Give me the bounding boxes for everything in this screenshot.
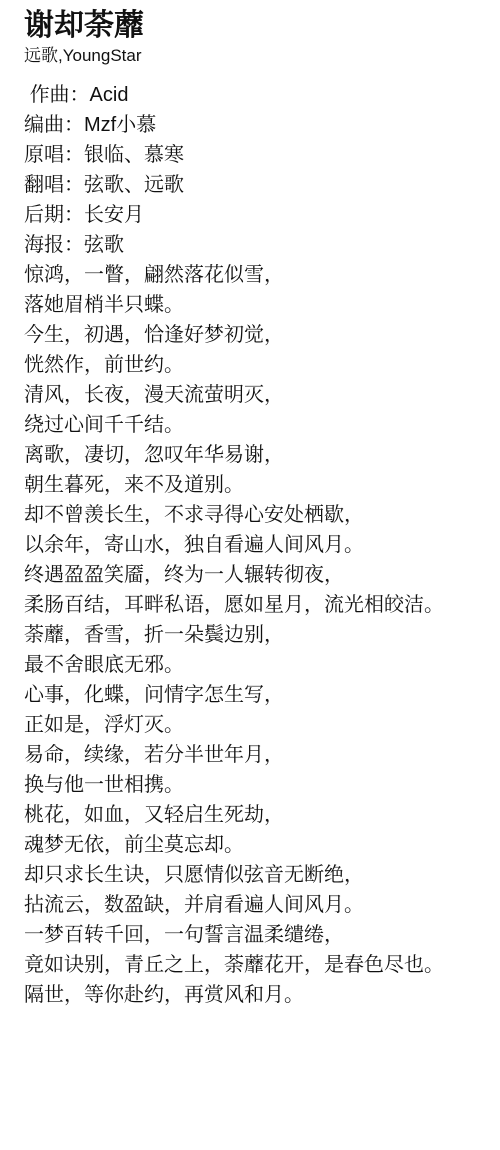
- lyric-line: 今生，初遇，恰逢好梦初觉，: [24, 320, 484, 350]
- lyric-line: 易命，续缘，若分半世年月，: [24, 740, 484, 770]
- lyric-line: 落她眉梢半只蝶。: [24, 290, 484, 320]
- song-artist: 远歌,YoungStar: [24, 45, 484, 67]
- lyric-line: 正如是，浮灯灭。: [24, 710, 484, 740]
- credit-line-composer: 作曲：Acid: [24, 80, 484, 110]
- credit-line-poster: 海报：弦歌: [24, 230, 484, 260]
- lyric-line: 一梦百转千回，一句誓言温柔缱绻，: [24, 920, 484, 950]
- lyric-line: 离歌，凄切，忽叹年华易谢，: [24, 440, 484, 470]
- lyric-line: 隔世，等你赴约，再赏风和月。: [24, 980, 484, 1010]
- credit-line-mixing: 后期：长安月: [24, 200, 484, 230]
- lyric-line: 桃花，如血，又轻启生死劫，: [24, 800, 484, 830]
- lyric-line: 却不曾羡长生，不求寻得心安处栖歇，: [24, 500, 484, 530]
- lyric-line: 恍然作，前世约。: [24, 350, 484, 380]
- lyrics-page: 谢却荼蘼 远歌,YoungStar 作曲：Acid 编曲：Mzf小慕 原唱：银临…: [0, 0, 500, 1150]
- lyric-line: 却只求长生诀，只愿情似弦音无断绝，: [24, 860, 484, 890]
- credit-line-arranger: 编曲：Mzf小慕: [24, 110, 484, 140]
- lyric-line: 荼蘼，香雪，折一朵鬓边别，: [24, 620, 484, 650]
- lyric-line: 竟如诀别，青丘之上，荼蘼花开，是春色尽也。: [24, 950, 484, 980]
- credit-line-cover-singers: 翻唱：弦歌、远歌: [24, 170, 484, 200]
- lyric-line: 终遇盈盈笑靥，终为一人辗转彻夜，: [24, 560, 484, 590]
- lyrics-block: 惊鸿，一瞥，翩然落花似雪， 落她眉梢半只蝶。 今生，初遇，恰逢好梦初觉， 恍然作…: [24, 260, 484, 1010]
- credits-block: 作曲：Acid 编曲：Mzf小慕 原唱：银临、慕寒 翻唱：弦歌、远歌 后期：长安…: [24, 80, 484, 260]
- lyric-line: 心事，化蝶，问情字怎生写，: [24, 680, 484, 710]
- lyric-line: 拈流云，数盈缺，并肩看遍人间风月。: [24, 890, 484, 920]
- lyric-line: 魂梦无依，前尘莫忘却。: [24, 830, 484, 860]
- lyric-line: 柔肠百结，耳畔私语，愿如星月，流光相皎洁。: [24, 590, 484, 620]
- lyric-line: 朝生暮死，来不及道别。: [24, 470, 484, 500]
- lyric-line: 最不舍眼底无邪。: [24, 650, 484, 680]
- lyric-line: 换与他一世相携。: [24, 770, 484, 800]
- lyric-line: 以余年，寄山水，独自看遍人间风月。: [24, 530, 484, 560]
- lyric-line: 绕过心间千千结。: [24, 410, 484, 440]
- lyric-line: 惊鸿，一瞥，翩然落花似雪，: [24, 260, 484, 290]
- song-title: 谢却荼蘼: [24, 8, 484, 44]
- credit-line-original-singers: 原唱：银临、慕寒: [24, 140, 484, 170]
- lyric-line: 清风，长夜，漫天流萤明灭，: [24, 380, 484, 410]
